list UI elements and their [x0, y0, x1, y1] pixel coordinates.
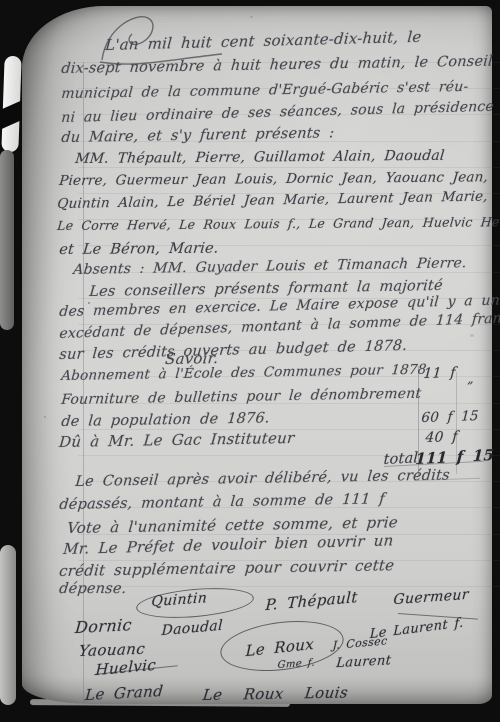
- manuscript-line: Le Conseil après avoir délibéré, vu les …: [75, 467, 451, 490]
- manuscript-line: Fourniture de bulletins pour le dénombre…: [61, 386, 422, 408]
- manuscript-line: dépense.: [58, 581, 127, 597]
- signature: Guermeur: [393, 587, 470, 608]
- signature: Laurent: [336, 653, 392, 671]
- signature: P. Thépault: [265, 588, 358, 614]
- paper-speck: [88, 302, 90, 304]
- signature: Le Laurent f.: [370, 615, 464, 642]
- manuscript-line: municipal de la commune d'Ergué-Gabéric …: [61, 79, 470, 102]
- manuscript-line: Dû à Mr. Le Gac Instituteur: [58, 429, 295, 451]
- amount-value: „: [467, 372, 474, 386]
- manuscript-line: Absents : MM. Guyader Louis et Timanach …: [73, 255, 468, 278]
- manuscript-page: L'an mil huit cent soixante-dix-huit, le…: [22, 6, 492, 704]
- photo-frame: L'an mil huit cent soixante-dix-huit, le…: [0, 0, 500, 722]
- manuscript-line: Le Corre Hervé, Le Roux Louis f., Le Gra…: [57, 214, 500, 233]
- manuscript-line: de la population de 1876.: [61, 410, 271, 430]
- manuscript-line: ni au lieu ordinaire de ses séances, sou…: [61, 99, 495, 126]
- manuscript-line: du Maire, et s'y furent présents :: [61, 125, 335, 146]
- signature: Gme f.: [277, 657, 315, 671]
- manuscript-line: MM. Thépault, Pierre, Guillamot Alain, D…: [74, 148, 445, 167]
- signature: Le Roux Louis: [202, 683, 349, 704]
- amount-value: 40 f: [425, 429, 458, 446]
- page-edge-sliver-gray: [0, 150, 14, 330]
- total-amount: 111 f 15: [415, 446, 495, 468]
- manuscript-line: sur les crédits ouverts au budget de 187…: [59, 338, 408, 363]
- paper-speck: [250, 16, 253, 18]
- manuscript-line: Abonnement à l'École des Communes pour 1…: [61, 362, 428, 384]
- rule-line: [78, 586, 500, 587]
- signature: Daoudal: [161, 618, 223, 640]
- signature: Le Grand: [84, 682, 164, 704]
- amount-value: 11 f: [423, 365, 456, 382]
- total-label: total: [383, 450, 418, 468]
- manuscript-line: et Le Béron, Marie.: [58, 241, 219, 258]
- amount-value: 60 f 15: [421, 408, 479, 426]
- paper-speck: [44, 416, 46, 418]
- paper-speck: [470, 334, 474, 337]
- page-edge-sliver-light: [0, 545, 16, 705]
- manuscript-line: dépassés, montant à la somme de 111 f: [59, 491, 386, 513]
- signature: Dornic: [74, 615, 133, 637]
- rule-line: [78, 167, 500, 168]
- manuscript-line: Pierre, Guermeur Jean Louis, Dornic Jean…: [58, 169, 488, 189]
